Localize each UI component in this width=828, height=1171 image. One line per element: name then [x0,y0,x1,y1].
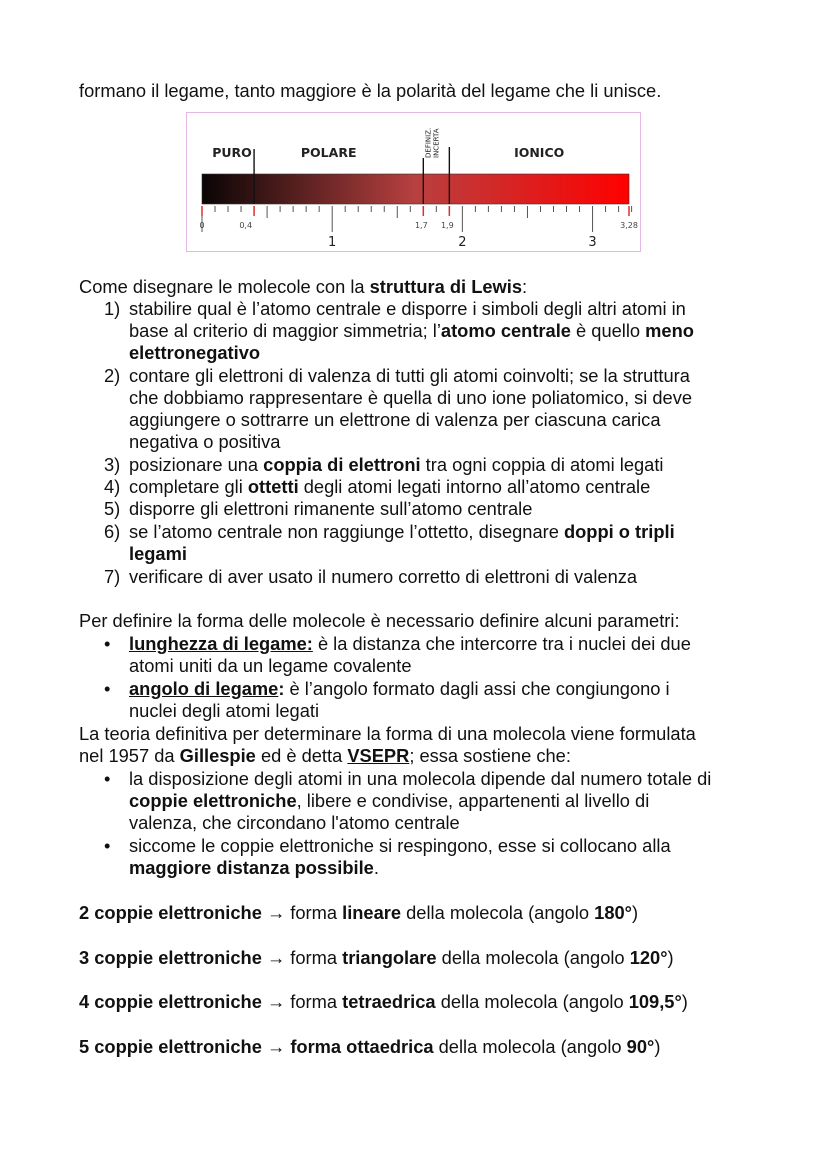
step-number: 4) [104,476,120,498]
svg-text:IONICO: IONICO [514,145,564,160]
geometry-trigonal: 3 coppie elettroniche → forma triangolar… [79,947,674,969]
bullet-text: maggiore distanza possibile. [129,857,379,879]
intro-line: formano il legame, tanto maggiore è la p… [79,80,661,102]
step-text: base al criterio di maggior simmetria; l… [129,320,694,342]
step-text: se l’atomo centrale non raggiunge l’otte… [129,521,675,543]
shape-intro: Per definire la forma delle molecole è n… [79,610,680,632]
bond-polarity-scale-figure: 00,41,71,93,28123PUROPOLAREIONICODEFINIZ… [186,112,641,252]
svg-text:0,4: 0,4 [239,221,252,230]
bullet-text: valenza, che circondano l'atomo centrale [129,812,460,834]
svg-text:DEFINIZ.: DEFINIZ. [424,128,432,158]
svg-text:INCERTA: INCERTA [432,128,440,158]
svg-text:3,28: 3,28 [620,221,638,230]
step-text: aggiungere o sottrarre un elettrone di v… [129,409,661,431]
step-number: 3) [104,454,120,476]
step-number: 6) [104,521,120,543]
step-text: elettronegativo [129,342,260,364]
step-number: 1) [104,298,120,320]
step-text: completare gli ottetti degli atomi legat… [129,476,650,498]
svg-text:PURO: PURO [212,145,252,160]
step-text: contare gli elettroni di valenza di tutt… [129,365,690,387]
geometry-tetrahedral: 4 coppie elettroniche → forma tetraedric… [79,991,688,1013]
bullet-text: atomi uniti da un legame covalente [129,655,412,677]
geometry-linear: 2 coppie elettroniche → forma lineare de… [79,902,638,924]
geometry-octahedral: 5 coppie elettroniche → forma ottaedrica… [79,1036,660,1058]
svg-text:0: 0 [199,221,204,230]
lewis-intro: Come disegnare le molecole con la strutt… [79,276,527,298]
step-text: disporre gli elettroni rimanente sull’at… [129,498,532,520]
step-text: negativa o positiva [129,431,280,453]
svg-text:1,9: 1,9 [441,221,454,230]
bullet-text: siccome le coppie elettroniche si respin… [129,835,671,857]
vsepr-line: La teoria definitiva per determinare la … [79,723,696,745]
step-number: 5) [104,498,120,520]
bullet-text: angolo di legame: è l’angolo formato dag… [129,678,670,700]
step-number: 2) [104,365,120,387]
bullet-icon: • [104,768,110,790]
svg-text:1,7: 1,7 [415,221,428,230]
step-text: legami [129,543,187,565]
bullet-icon: • [104,633,110,655]
bullet-icon: • [104,835,110,857]
svg-text:2: 2 [458,235,466,250]
step-number: 7) [104,566,120,588]
step-text: che dobbiamo rappresentare è quella di u… [129,387,692,409]
svg-text:POLARE: POLARE [301,145,357,160]
electronegativity-scale: 00,41,71,93,28123PUROPOLAREIONICODEFINIZ… [187,113,642,253]
svg-text:3: 3 [588,235,596,250]
svg-text:1: 1 [328,235,336,250]
step-text: verificare di aver usato il numero corre… [129,566,637,588]
bullet-text: nuclei degli atomi legati [129,700,319,722]
bullet-icon: • [104,678,110,700]
step-text: posizionare una coppia di elettroni tra … [129,454,663,476]
vsepr-line: nel 1957 da Gillespie ed è detta VSEPR; … [79,745,571,767]
bullet-text: la disposizione degli atomi in una molec… [129,768,711,790]
step-text: stabilire qual è l’atomo centrale e disp… [129,298,686,320]
bullet-text: lunghezza di legame: è la distanza che i… [129,633,691,655]
bullet-text: coppie elettroniche, libere e condivise,… [129,790,649,812]
